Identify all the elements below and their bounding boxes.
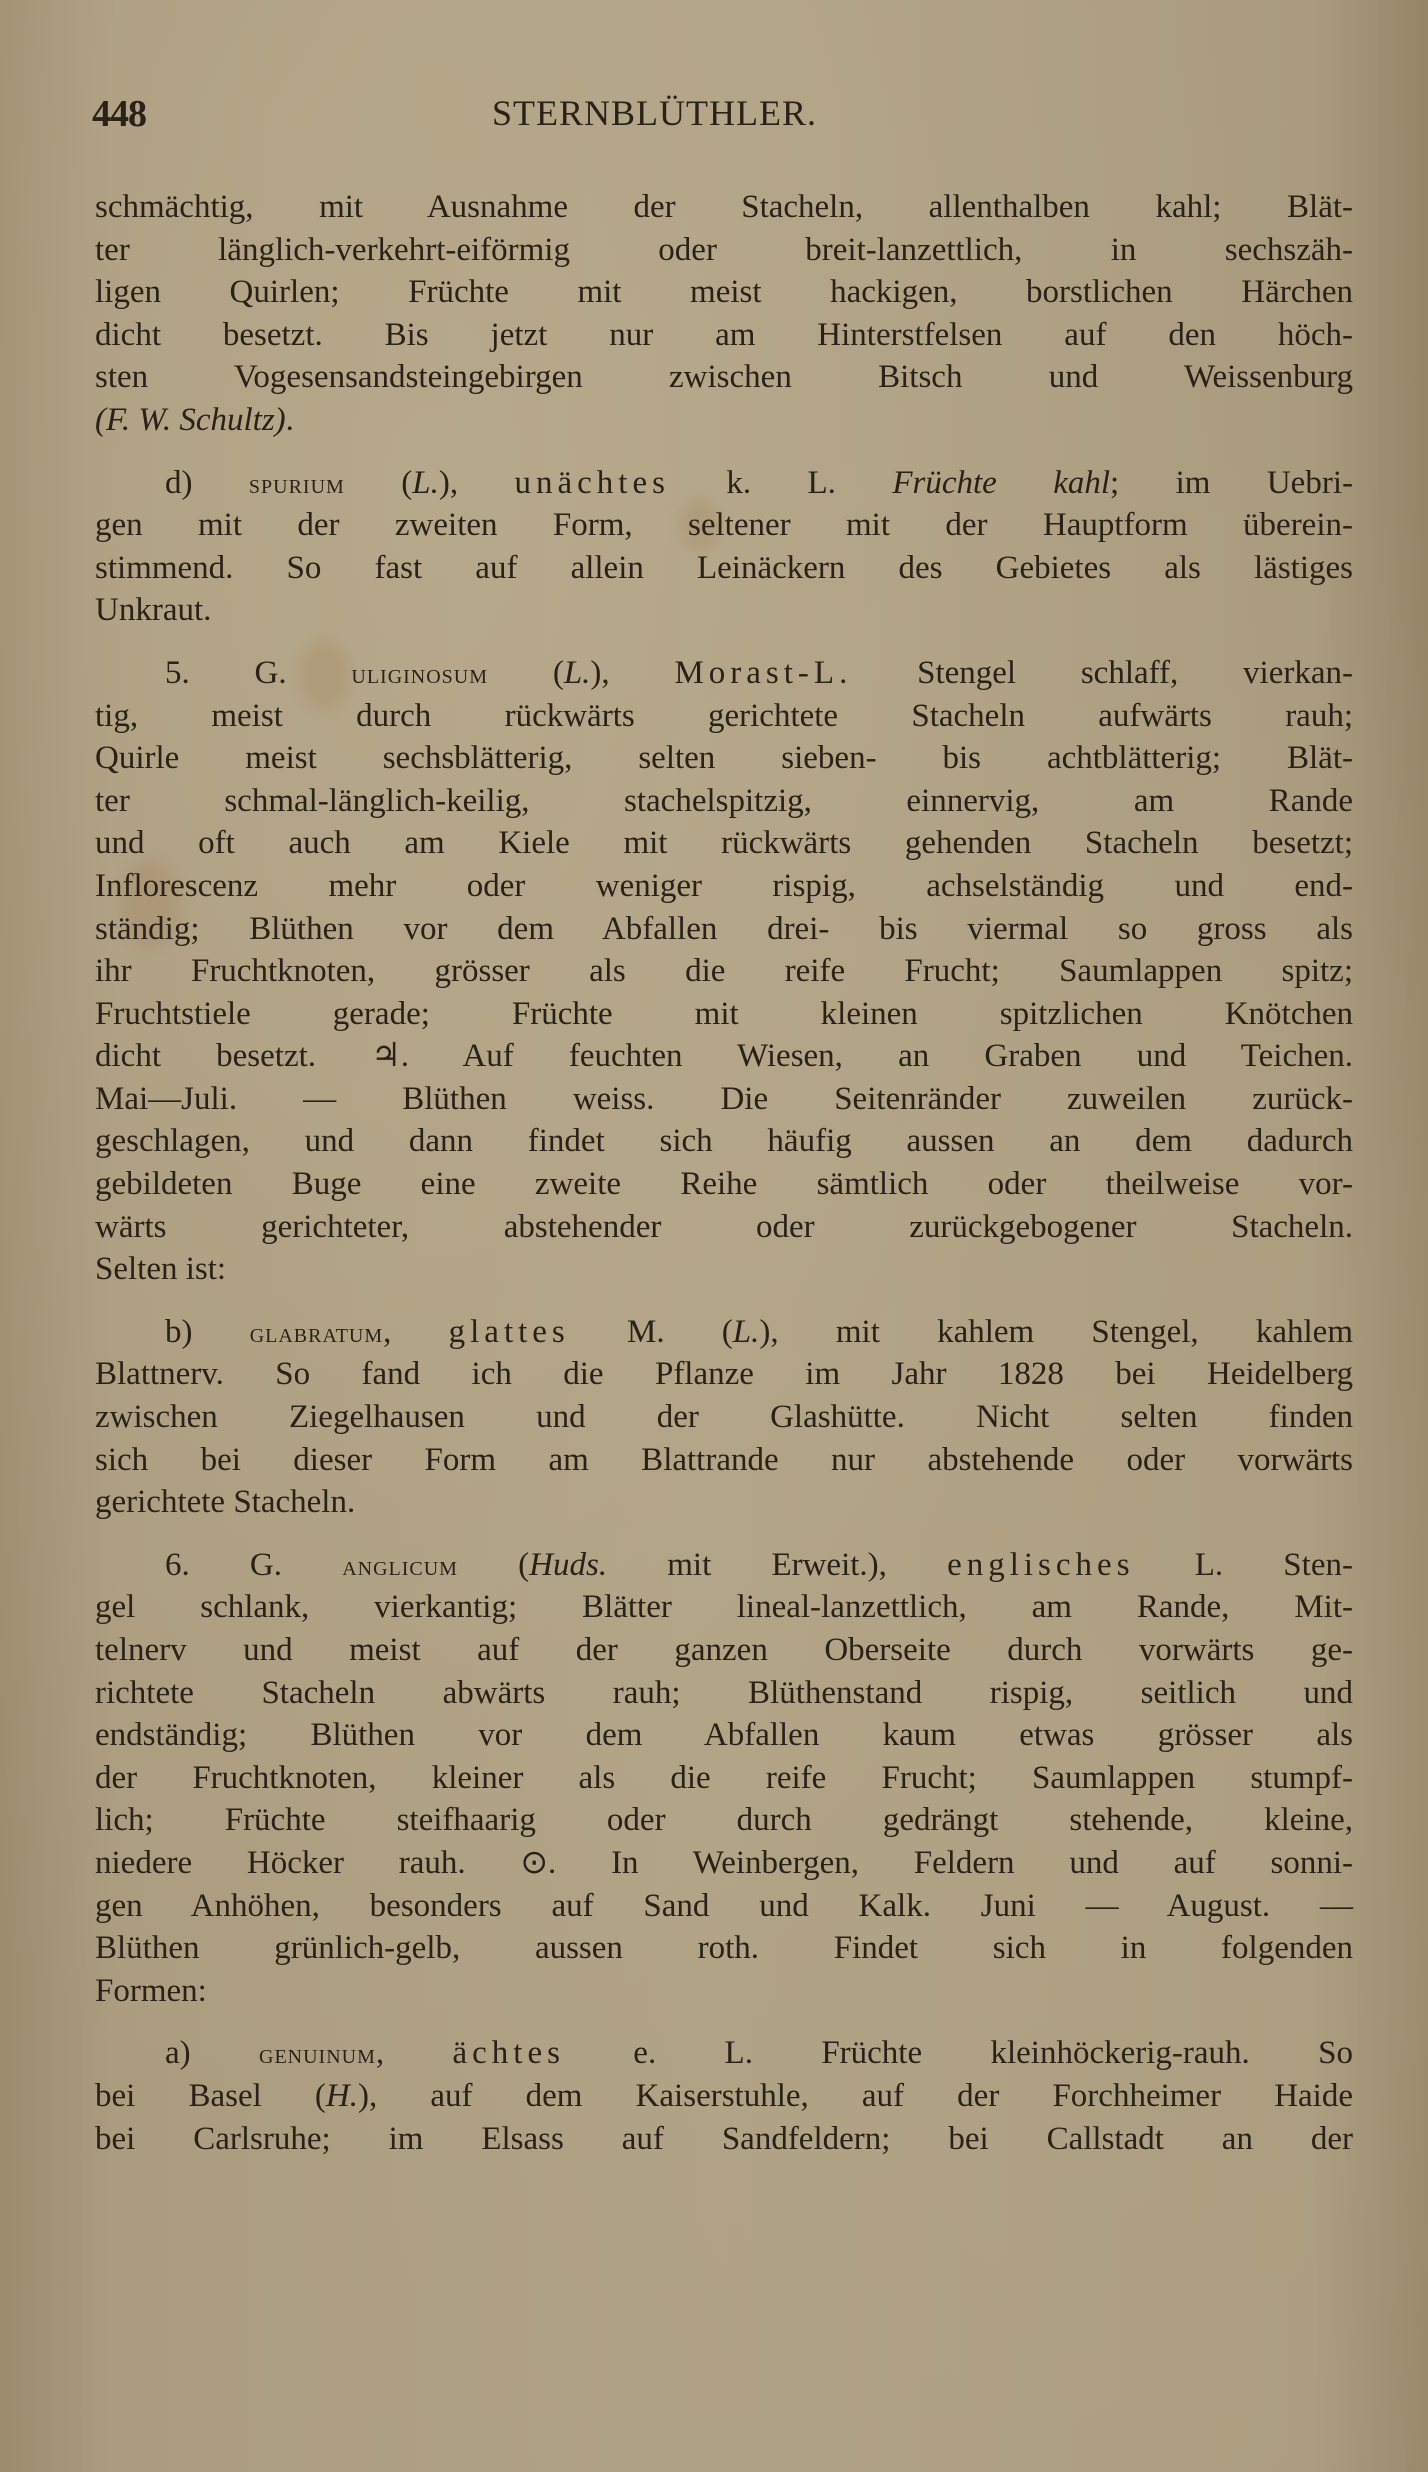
- text-line: sten Vogesensandsteingebirgen zwischen B…: [95, 356, 1353, 399]
- text-segment: der Fruchtknoten, kleiner als die reife …: [95, 1760, 1353, 1796]
- text-segment: ter schmal-länglich-keilig, stachelspitz…: [95, 783, 1353, 819]
- text-line: sich bei dieser Form am Blattrande nur a…: [95, 1439, 1353, 1482]
- text-segment: e. L. Früchte kleinhöckerig-rauh. So: [565, 2035, 1353, 2071]
- text-line: schmächtig, mit Ausnahme der Stacheln, a…: [95, 186, 1353, 229]
- running-head: STERNBLÜTHLER.: [492, 92, 817, 134]
- text-segment: bei Carlsruhe; im Elsass auf Sandfeldern…: [95, 2121, 1353, 2157]
- text-line: endständig; Blüthen vor dem Abfallen kau…: [95, 1714, 1353, 1757]
- text-line: 5. G. uliginosum (L.), Morast-L. Stengel…: [95, 652, 1353, 695]
- text-line: gebildeten Buge eine zweite Reihe sämtli…: [95, 1163, 1353, 1206]
- text-segment: Formen:: [95, 1973, 207, 2009]
- italic-text: L.: [564, 655, 591, 691]
- text-segment: ligen Quirlen; Früchte mit meist hackige…: [95, 274, 1353, 310]
- text-segment: 6. G.: [165, 1547, 342, 1583]
- paragraph-gap: [95, 1524, 1353, 1544]
- text-line: Fruchtstiele gerade; Früchte mit kleinen…: [95, 993, 1353, 1036]
- italic-text: Huds.: [529, 1547, 607, 1583]
- text-segment: geschlagen, und dann findet sich häufig …: [95, 1123, 1353, 1159]
- text-line: dicht besetzt. ♃. Auf feuchten Wiesen, a…: [95, 1035, 1353, 1078]
- paragraph-gap: [95, 1291, 1353, 1311]
- text-line: lich; Früchte steifhaarig oder durch ged…: [95, 1799, 1353, 1842]
- text-segment: d): [165, 465, 249, 501]
- taxon-name: uliginosum: [351, 659, 488, 690]
- text-segment: ter länglich-verkehrt-eiförmig oder brei…: [95, 232, 1353, 268]
- text-line: a) genuinum, ächtes e. L. Früchte kleinh…: [95, 2032, 1353, 2075]
- text-line: Selten ist:: [95, 1248, 1353, 1291]
- paragraph-gap: [95, 2012, 1353, 2032]
- text-line: Mai—Juli. — Blüthen weiss. Die Seitenrän…: [95, 1078, 1353, 1121]
- text-segment: zwischen Ziegelhausen und der Glashütte.…: [95, 1399, 1353, 1435]
- body-text: schmächtig, mit Ausnahme der Stacheln, a…: [95, 186, 1353, 2160]
- text-segment: niedere Höcker rauh. ⊙. In Weinbergen, F…: [95, 1845, 1353, 1881]
- text-line: gen mit der zweiten Form, seltener mit d…: [95, 504, 1353, 547]
- text-segment: ), auf dem Kaiserstuhle, auf der Forchhe…: [358, 2078, 1353, 2114]
- taxon-name: anglicum: [342, 1551, 458, 1582]
- text-line: dicht besetzt. Bis jetzt nur am Hinterst…: [95, 314, 1353, 357]
- text-line: ter schmal-länglich-keilig, stachelspitz…: [95, 780, 1353, 823]
- italic-text: L.: [733, 1314, 760, 1350]
- text-segment: Mai—Juli. — Blüthen weiss. Die Seitenrän…: [95, 1081, 1353, 1117]
- paragraph-gap: [95, 442, 1353, 462]
- common-name: englisches: [947, 1547, 1134, 1583]
- text-line: gel schlank, vierkantig; Blätter lineal-…: [95, 1586, 1353, 1629]
- text-line: stimmend. So fast auf allein Leinäckern …: [95, 547, 1353, 590]
- text-line: telnerv und meist auf der ganzen Obersei…: [95, 1629, 1353, 1672]
- text-segment: richtete Stacheln abwärts rauh; Blüthens…: [95, 1675, 1353, 1711]
- italic-text: L.: [412, 465, 439, 501]
- page-number: 448: [92, 92, 146, 136]
- text-segment: Unkraut.: [95, 592, 211, 628]
- text-segment: ,: [383, 1314, 448, 1350]
- book-page: 448 STERNBLÜTHLER. schmächtig, mit Ausna…: [0, 0, 1428, 2472]
- text-segment: schmächtig, mit Ausnahme der Stacheln, a…: [95, 189, 1353, 225]
- text-segment: gebildeten Buge eine zweite Reihe sämtli…: [95, 1166, 1353, 1202]
- text-line: geschlagen, und dann findet sich häufig …: [95, 1120, 1353, 1163]
- text-segment: dicht besetzt. ♃. Auf feuchten Wiesen, a…: [95, 1038, 1353, 1074]
- text-line: Blüthen grünlich-gelb, aussen roth. Find…: [95, 1927, 1353, 1970]
- text-line: gerichtete Stacheln.: [95, 1481, 1353, 1524]
- text-segment: dicht besetzt. Bis jetzt nur am Hinterst…: [95, 317, 1353, 353]
- text-segment: Blattnerv. So fand ich die Pflanze im Ja…: [95, 1356, 1353, 1392]
- text-line: bei Carlsruhe; im Elsass auf Sandfeldern…: [95, 2118, 1353, 2161]
- text-segment: ; im Uebri-: [1110, 465, 1353, 501]
- text-line: bei Basel (H.), auf dem Kaiserstuhle, au…: [95, 2075, 1353, 2118]
- text-segment: Blüthen grünlich-gelb, aussen roth. Find…: [95, 1930, 1353, 1966]
- text-segment: .: [286, 402, 294, 438]
- text-line: Blattnerv. So fand ich die Pflanze im Ja…: [95, 1353, 1353, 1396]
- taxon-name: genuinum: [259, 2039, 376, 2070]
- italic-text: H.: [326, 2078, 358, 2114]
- text-line: Formen:: [95, 1970, 1353, 2013]
- text-line: (F. W. Schultz).: [95, 399, 1353, 442]
- text-segment: Quirle meist sechsblätterig, selten sieb…: [95, 740, 1353, 776]
- italic-text: (F. W. Schultz): [95, 402, 286, 438]
- text-line: und oft auch am Kiele mit rückwärts gehe…: [95, 822, 1353, 865]
- text-line: wärts gerichteter, abstehender oder zurü…: [95, 1206, 1353, 1249]
- text-line: Quirle meist sechsblätterig, selten sieb…: [95, 737, 1353, 780]
- text-segment: gen Anhöhen, besonders auf Sand und Kalk…: [95, 1888, 1353, 1924]
- text-line: b) glabratum, glattes M. (L.), mit kahle…: [95, 1311, 1353, 1354]
- text-line: tig, meist durch rückwärts gerichtete St…: [95, 695, 1353, 738]
- text-line: ihr Fruchtknoten, grösser als die reife …: [95, 950, 1353, 993]
- text-segment: sich bei dieser Form am Blattrande nur a…: [95, 1442, 1353, 1478]
- text-line: 6. G. anglicum (Huds. mit Erweit.), engl…: [95, 1544, 1353, 1587]
- text-segment: lich; Früchte steifhaarig oder durch ged…: [95, 1802, 1353, 1838]
- text-line: niedere Höcker rauh. ⊙. In Weinbergen, F…: [95, 1842, 1353, 1885]
- text-segment: a): [165, 2035, 259, 2071]
- text-line: ter länglich-verkehrt-eiförmig oder brei…: [95, 229, 1353, 272]
- text-segment: ,: [376, 2035, 453, 2071]
- text-segment: wärts gerichteter, abstehender oder zurü…: [95, 1209, 1353, 1245]
- text-segment: ihr Fruchtknoten, grösser als die reife …: [95, 953, 1353, 989]
- text-segment: gerichtete Stacheln.: [95, 1484, 355, 1520]
- text-segment: 5. G.: [165, 655, 351, 691]
- text-segment: ständig; Blüthen vor dem Abfallen drei- …: [95, 911, 1353, 947]
- paragraph-gap: [95, 632, 1353, 652]
- text-segment: Stengel schlaff, vierkan-: [852, 655, 1353, 691]
- taxon-name: spurium: [249, 469, 345, 500]
- common-name: Morast-L.: [674, 655, 852, 691]
- text-segment: ), mit kahlem Stengel, kahlem: [759, 1314, 1353, 1350]
- text-segment: Fruchtstiele gerade; Früchte mit kleinen…: [95, 996, 1353, 1032]
- text-line: gen Anhöhen, besonders auf Sand und Kalk…: [95, 1885, 1353, 1928]
- text-segment: (: [458, 1547, 529, 1583]
- text-line: Unkraut.: [95, 589, 1353, 632]
- text-segment: sten Vogesensandsteingebirgen zwischen B…: [95, 359, 1353, 395]
- text-line: richtete Stacheln abwärts rauh; Blüthens…: [95, 1672, 1353, 1715]
- common-name: ächtes: [453, 2035, 565, 2071]
- text-line: ständig; Blüthen vor dem Abfallen drei- …: [95, 908, 1353, 951]
- text-line: ligen Quirlen; Früchte mit meist hackige…: [95, 271, 1353, 314]
- common-name: unächtes: [515, 465, 670, 501]
- text-line: Inflorescenz mehr oder weniger rispig, a…: [95, 865, 1353, 908]
- text-segment: (: [488, 655, 564, 691]
- text-segment: ),: [590, 655, 674, 691]
- text-segment: gen mit der zweiten Form, seltener mit d…: [95, 507, 1353, 543]
- text-segment: k. L.: [670, 465, 892, 501]
- text-segment: gel schlank, vierkantig; Blätter lineal-…: [95, 1589, 1353, 1625]
- text-segment: Inflorescenz mehr oder weniger rispig, a…: [95, 868, 1353, 904]
- text-segment: L. Sten-: [1135, 1547, 1353, 1583]
- italic-text: Früchte kahl: [892, 465, 1110, 501]
- text-segment: telnerv und meist auf der ganzen Obersei…: [95, 1632, 1353, 1668]
- text-segment: stimmend. So fast auf allein Leinäckern …: [95, 550, 1353, 586]
- text-segment: M. (: [570, 1314, 733, 1350]
- text-line: der Fruchtknoten, kleiner als die reife …: [95, 1757, 1353, 1800]
- text-line: zwischen Ziegelhausen und der Glashütte.…: [95, 1396, 1353, 1439]
- text-segment: b): [165, 1314, 250, 1350]
- text-segment: endständig; Blüthen vor dem Abfallen kau…: [95, 1717, 1353, 1753]
- text-segment: tig, meist durch rückwärts gerichtete St…: [95, 698, 1353, 734]
- common-name: glattes: [449, 1314, 570, 1350]
- taxon-name: glabratum: [250, 1318, 383, 1349]
- page-header: 448 STERNBLÜTHLER.: [92, 92, 1352, 142]
- text-segment: Selten ist:: [95, 1251, 226, 1287]
- text-segment: (: [345, 465, 412, 501]
- text-segment: ),: [439, 465, 515, 501]
- text-segment: mit Erweit.),: [607, 1547, 947, 1583]
- text-line: d) spurium (L.), unächtes k. L. Früchte …: [95, 462, 1353, 505]
- text-segment: bei Basel (: [95, 2078, 326, 2114]
- text-segment: und oft auch am Kiele mit rückwärts gehe…: [95, 825, 1353, 861]
